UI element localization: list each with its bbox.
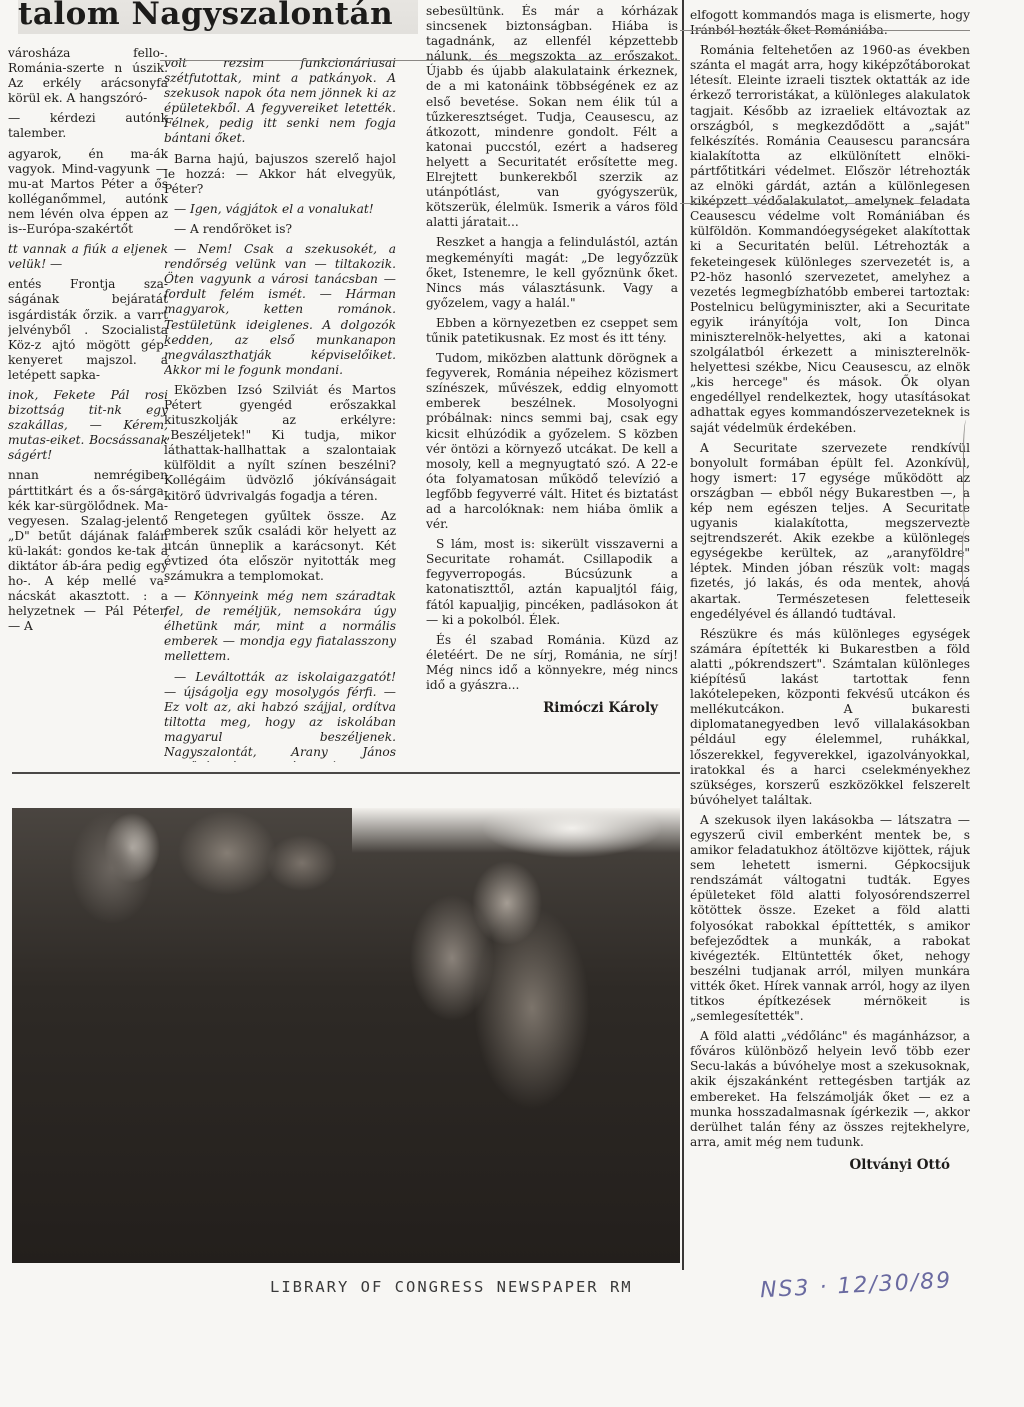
- paragraph: Ebben a környezetben ez cseppet sem tűni…: [426, 316, 678, 346]
- library-stamp: LIBRARY OF CONGRESS NEWSPAPER RM: [270, 1278, 750, 1296]
- pencil-margin-mark: [962, 530, 971, 595]
- paragraph: agyarok, én ma-ák vagyok. Mind-vagyunk —…: [8, 147, 168, 238]
- paragraph: nnan nemrégiben párttitkárt és a ős-sárg…: [8, 468, 168, 634]
- section-divider: [12, 772, 680, 774]
- paragraph: — Könnyeink még nem száradtak fel, de re…: [164, 589, 396, 664]
- paragraph: — Nem! Csak a szekusokét, a rendőrség ve…: [164, 242, 396, 378]
- column-divider: [682, 0, 684, 1270]
- paragraph: városháza fello-. Románia-szerte n úszik…: [8, 46, 168, 106]
- photo-highlight: [352, 808, 680, 853]
- scan-fold-line: [680, 30, 970, 31]
- handwritten-annotation: NS3 · 12/30/89: [760, 1266, 1001, 1304]
- scan-fold-line: [160, 60, 680, 61]
- paragraph: volt rezsim funkcionáriusai szétfutottak…: [164, 56, 396, 147]
- paragraph: Rengetegen gyűltek össze. Az emberek szű…: [164, 509, 396, 584]
- article-column-1: városháza fello-. Románia-szerte n úszik…: [8, 46, 168, 756]
- paragraph: tt vannak a fiúk a eljenek velük! —: [8, 242, 168, 272]
- author-signature: Rimóczi Károly: [426, 701, 678, 716]
- article-column-4: elfogott kommandós maga is elismerte, ho…: [690, 8, 970, 1270]
- scan-fold-line: [680, 203, 970, 204]
- news-photograph: [12, 808, 680, 1263]
- paragraph: A föld alatti „védőlánc" és magánházsor,…: [690, 1029, 970, 1150]
- paragraph: entés Frontja sza-ságának bejáratát isgá…: [8, 277, 168, 383]
- paragraph: Tudom, miközben alattunk dörögnek a fegy…: [426, 351, 678, 532]
- article-column-2: volt rezsim funkcionáriusai szétfutottak…: [164, 56, 396, 762]
- paragraph: Eközben Izsó Szilviát és Martos Pétert g…: [164, 383, 396, 504]
- scanned-newspaper-page: talom Nagyszalontán városháza fello-. Ro…: [0, 0, 1024, 1407]
- paragraph: — Igen, vágjátok el a vonalukat!: [164, 202, 396, 217]
- pencil-margin-mark: [963, 420, 974, 530]
- paragraph: Részükre és más különleges egységek szám…: [690, 627, 970, 808]
- paragraph: A szekusok ilyen lakásokba — látszatra —…: [690, 813, 970, 1024]
- article-column-3: sebesültünk. És már a kórházak sincsenek…: [426, 4, 678, 762]
- paragraph: S lám, most is: sikerült visszaverni a S…: [426, 537, 678, 628]
- paragraph: sebesültünk. És már a kórházak sincsenek…: [426, 4, 678, 230]
- paragraph: elfogott kommandós maga is elismerte, ho…: [690, 8, 970, 38]
- paragraph: — A rendőröket is?: [164, 222, 396, 237]
- paragraph: Románia feltehetően az 1960-as években s…: [690, 43, 970, 435]
- paragraph: — Leváltották az iskolaigazgatót! — újsá…: [164, 670, 396, 762]
- paragraph: Reszket a hangja a felindulástól, aztán …: [426, 235, 678, 310]
- author-signature: Oltványi Ottó: [690, 1158, 970, 1173]
- paragraph: És él szabad Románia. Küzd az életéért. …: [426, 633, 678, 693]
- paragraph: Barna hajú, bajuszos szerelő hajol le ho…: [164, 152, 396, 197]
- paragraph: A Securitate szervezete rendkívül bonyol…: [690, 441, 970, 622]
- paragraph: — kérdezi autónk talember.: [8, 111, 168, 141]
- paragraph: inok, Fekete Pál rosi bizottság tit-nk e…: [8, 388, 168, 463]
- article-headline: talom Nagyszalontán: [18, 0, 418, 34]
